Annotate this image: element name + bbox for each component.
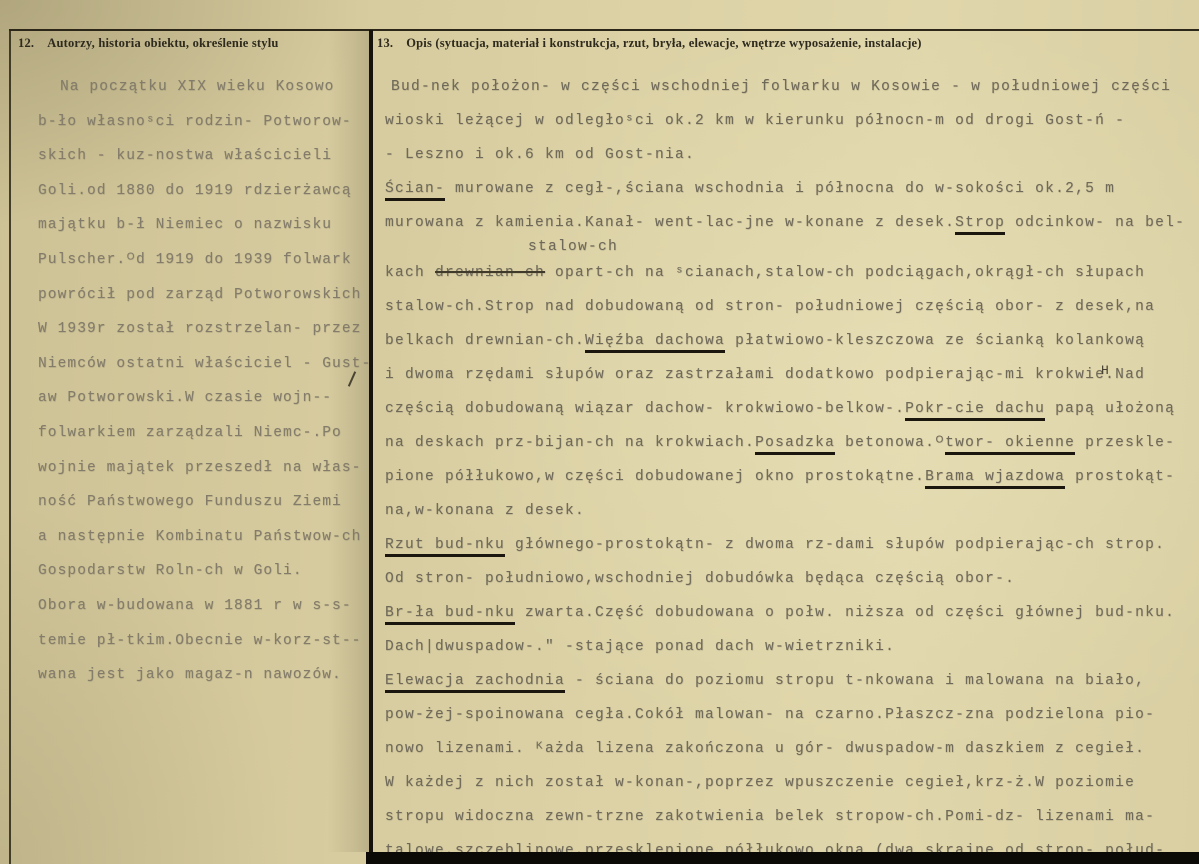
section-13-number: 13. bbox=[377, 36, 393, 50]
typed-line: W 1939r został rozstrzelan- przez bbox=[38, 312, 370, 347]
typed-line: pow-żej-spoinowana cegła.Cokół malowan- … bbox=[385, 698, 1195, 732]
text-segment: a następnie Kombinatu Państwow-ch bbox=[38, 529, 361, 545]
text-segment: prostokąt- bbox=[1065, 469, 1175, 485]
text-segment: W 1939r został rozstrzelan- przez bbox=[38, 321, 361, 337]
underlined-term: Pokr-cie dachu bbox=[905, 401, 1045, 421]
typed-line: ność Państwowego Funduszu Ziemi bbox=[38, 485, 370, 520]
typed-line: Elewacja zachodnia - ściana do poziomu s… bbox=[385, 664, 1195, 698]
text-segment: aw Potworowski.W czasie wojn-- bbox=[38, 390, 332, 406]
typed-line: majątku b-ł Niemiec o nazwisku bbox=[38, 208, 370, 243]
section-12-header: 12.Autorzy, historia obiektu, określenie… bbox=[18, 36, 279, 51]
text-segment: murowane z cegł-,ściana wschodnia i półn… bbox=[445, 181, 1115, 197]
text-segment: Goli.od 1880 do 1919 rdzierżawcą bbox=[38, 183, 352, 199]
section-13-label: Opis (sytuacja, materiał i konstrukcja, … bbox=[406, 36, 921, 50]
typed-line: nowo lizenami. ᴷażda lizena zakończona u… bbox=[385, 732, 1195, 766]
text-segment: Gospodarstw Roln-ch w Goli. bbox=[38, 563, 303, 579]
underlined-term: Posadzka bbox=[755, 435, 835, 455]
text-segment: b-ło własnoˢci rodzin- Potworow- bbox=[38, 114, 352, 130]
text-segment: wioski leżącej w odległoˢci ok.2 km w ki… bbox=[385, 113, 1125, 129]
section-12-label: Autorzy, historia obiektu, określenie st… bbox=[47, 36, 278, 50]
text-segment: Niemców ostatni właściciel - Gust- bbox=[38, 356, 371, 372]
underlined-term: Rzut bud-nku bbox=[385, 537, 505, 557]
scanned-heritage-form-page: 12.Autorzy, historia obiektu, określenie… bbox=[0, 0, 1199, 864]
text-segment: majątku b-ł Niemiec o nazwisku bbox=[38, 217, 332, 233]
text-segment: nowo lizenami. ᴷażda lizena zakończona u… bbox=[385, 741, 1145, 757]
typed-line: stalow-ch.Strop nad dobudowaną od stron-… bbox=[385, 290, 1195, 324]
typed-line: kach drewnian-ch opart-ch na ˢcianach,st… bbox=[385, 256, 1195, 290]
text-segment: W każdej z nich został w-konan-,poprzez … bbox=[385, 775, 1135, 791]
text-segment: kach bbox=[385, 265, 435, 281]
typed-line: temie pł-tkim.Obecnie w-korz-st-- bbox=[38, 624, 370, 659]
typed-line: Niemców ostatni właściciel - Gust- bbox=[38, 347, 370, 382]
text-segment: zwarta.Część dobudowana o połw. niższa o… bbox=[515, 605, 1175, 621]
section-13-header: 13.Opis (sytuacja, materiał i konstrukcj… bbox=[377, 36, 922, 51]
underlined-term: Brama wjazdowa bbox=[925, 469, 1065, 489]
typed-line: i dwoma rzędami słupów oraz zastrzałami … bbox=[385, 358, 1195, 392]
underlined-term: Ścian- bbox=[385, 181, 445, 201]
text-segment: na,w-konana z desek. bbox=[385, 503, 585, 519]
interline-correction: stalow-ch bbox=[385, 240, 1195, 256]
text-segment: przeskle- bbox=[1075, 435, 1175, 451]
ink-mark-h: H bbox=[1101, 363, 1109, 378]
underlined-term: twor- okienne bbox=[945, 435, 1075, 455]
typed-line: aw Potworowski.W czasie wojn-- bbox=[38, 381, 370, 416]
text-segment: wana jest jako magaz-n nawozów. bbox=[38, 667, 342, 683]
text-segment: częścią dobudowaną wiązar dachow- krokwi… bbox=[385, 401, 905, 417]
text-segment: odcinkow- na bel- bbox=[1005, 215, 1185, 231]
text-segment: - ściana do poziomu stropu t-nkowana i m… bbox=[565, 673, 1145, 689]
typed-line: wioski leżącej w odległoˢci ok.2 km w ki… bbox=[385, 104, 1195, 138]
text-segment: ność Państwowego Funduszu Ziemi bbox=[38, 494, 342, 510]
text-segment: Pulscher.ᴼd 1919 do 1939 folwark bbox=[38, 252, 352, 268]
typed-line: na deskach prz-bijan-ch na krokwiach.Pos… bbox=[385, 426, 1195, 460]
text-segment: powrócił pod zarząd Potworowskich bbox=[38, 287, 361, 303]
text-segment: papą ułożoną bbox=[1045, 401, 1175, 417]
underlined-term: Więźba dachowa bbox=[585, 333, 725, 353]
typed-line: Pulscher.ᴼd 1919 do 1939 folwark bbox=[38, 243, 370, 278]
typed-line: powrócił pod zarząd Potworowskich bbox=[38, 278, 370, 313]
typed-line: Rzut bud-nku głównego-prostokątn- z dwom… bbox=[385, 528, 1195, 562]
text-segment: stropu widoczna zewn-trzne zakotwienia b… bbox=[385, 809, 1155, 825]
typed-line: wana jest jako magaz-n nawozów. bbox=[38, 658, 370, 693]
typed-line: belkach drewnian-ch.Więźba dachowa płatw… bbox=[385, 324, 1195, 358]
text-segment: wojnie majątek przeszedł na włas- bbox=[38, 460, 361, 476]
text-segment: betonowa.ᴼ bbox=[835, 435, 945, 451]
text-segment: folwarkiem zarządzali Niemc-.Po bbox=[38, 425, 342, 441]
underlined-term: Elewacja zachodnia bbox=[385, 673, 565, 693]
form-top-border bbox=[9, 29, 1199, 31]
text-segment: stalow-ch.Strop nad dobudowaną od stron-… bbox=[385, 299, 1155, 315]
struck-out-text: drewnian-ch bbox=[435, 265, 545, 281]
text-segment: głównego-prostokątn- z dwoma rz-dami słu… bbox=[505, 537, 1165, 553]
text-segment: murowana z kamienia.Kanał- went-lac-jne … bbox=[385, 215, 955, 231]
typed-line: Obora w-budowana w 1881 r w s-s- bbox=[38, 589, 370, 624]
text-segment: skich - kuz-nostwa właścicieli bbox=[38, 148, 332, 164]
text-segment: pow-żej-spoinowana cegła.Cokół malowan- … bbox=[385, 707, 1155, 723]
typed-line: pione półłukowo,w części dobudowanej okn… bbox=[385, 460, 1195, 494]
typed-line: murowana z kamienia.Kanał- went-lac-jne … bbox=[385, 206, 1195, 240]
text-segment: Na początku XIX wieku Kosowo bbox=[60, 79, 334, 95]
typed-line: W każdej z nich został w-konan-,poprzez … bbox=[385, 766, 1195, 800]
typed-line: Ścian- murowane z cegł-,ściana wschodnia… bbox=[385, 172, 1195, 206]
typed-line: folwarkiem zarządzali Niemc-.Po bbox=[38, 416, 370, 451]
text-segment: belkach drewnian-ch. bbox=[385, 333, 585, 349]
text-segment: i dwoma rzędami słupów oraz zastrzałami … bbox=[385, 367, 1145, 383]
text-segment: stalow-ch bbox=[528, 239, 618, 255]
typed-line: Br-ła bud-nku zwarta.Część dobudowana o … bbox=[385, 596, 1195, 630]
typed-line: a następnie Kombinatu Państwow-ch bbox=[38, 520, 370, 555]
text-segment: na deskach prz-bijan-ch na krokwiach. bbox=[385, 435, 755, 451]
typed-line: wojnie majątek przeszedł na włas- bbox=[38, 451, 370, 486]
typed-line: skich - kuz-nostwa właścicieli bbox=[38, 139, 370, 174]
right-column-typed-text: Bud-nek położon- w części wschodniej fol… bbox=[385, 70, 1195, 864]
typed-line: stropu widoczna zewn-trzne zakotwienia b… bbox=[385, 800, 1195, 834]
typed-line: b-ło własnoˢci rodzin- Potworow- bbox=[38, 105, 370, 140]
typed-line: - Leszno i ok.6 km od Gost-nia. bbox=[385, 138, 1195, 172]
text-segment: opart-ch na ˢcianach,stalow-ch podciągac… bbox=[545, 265, 1145, 281]
scan-edge-black-strip bbox=[366, 852, 1199, 864]
typed-line: Goli.od 1880 do 1919 rdzierżawcą bbox=[38, 174, 370, 209]
text-segment: pione półłukowo,w części dobudowanej okn… bbox=[385, 469, 925, 485]
typed-line: na,w-konana z desek. bbox=[385, 494, 1195, 528]
text-segment: - Leszno i ok.6 km od Gost-nia. bbox=[385, 147, 695, 163]
typed-line: Od stron- południowo,wschodniej dobudówk… bbox=[385, 562, 1195, 596]
typed-line: Na początku XIX wieku Kosowo bbox=[38, 70, 370, 105]
left-column-typed-text: Na początku XIX wieku Kosowob-ło własnoˢ… bbox=[38, 70, 370, 693]
underlined-term: Strop bbox=[955, 215, 1005, 235]
text-segment: Obora w-budowana w 1881 r w s-s- bbox=[38, 598, 352, 614]
text-segment: Od stron- południowo,wschodniej dobudówk… bbox=[385, 571, 1015, 587]
text-segment: temie pł-tkim.Obecnie w-korz-st-- bbox=[38, 633, 361, 649]
section-12-number: 12. bbox=[18, 36, 34, 50]
typed-line: Gospodarstw Roln-ch w Goli. bbox=[38, 554, 370, 589]
typed-line: Bud-nek położon- w części wschodniej fol… bbox=[385, 70, 1195, 104]
underlined-term: Br-ła bud-nku bbox=[385, 605, 515, 625]
text-segment: Dach|dwuspadow-." -stające ponad dach w-… bbox=[385, 639, 895, 655]
typed-line: częścią dobudowaną wiązar dachow- krokwi… bbox=[385, 392, 1195, 426]
text-segment: Bud-nek położon- w części wschodniej fol… bbox=[391, 79, 1171, 95]
form-left-border bbox=[9, 30, 11, 864]
text-segment: płatwiowo-kleszczowa ze ścianką kolankow… bbox=[725, 333, 1145, 349]
typed-line: Dach|dwuspadow-." -stające ponad dach w-… bbox=[385, 630, 1195, 664]
